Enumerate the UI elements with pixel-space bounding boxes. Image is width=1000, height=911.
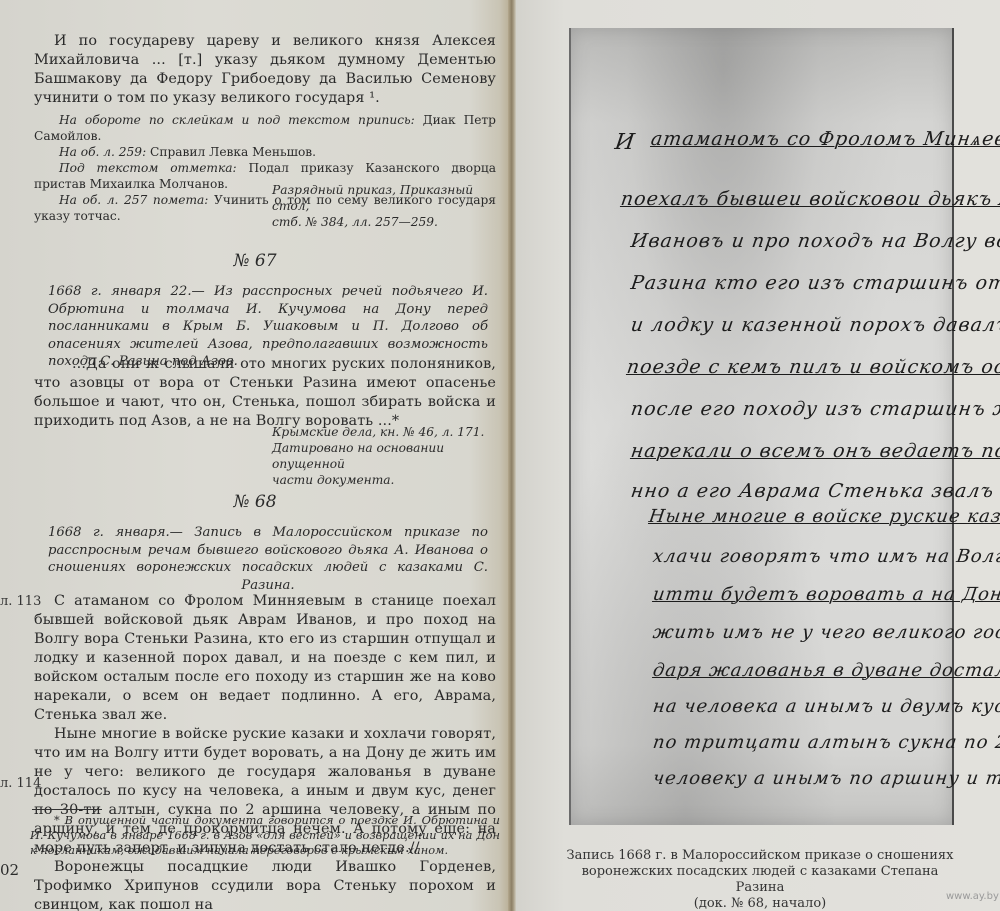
manuscript-line: Разина кто его изъ старшинъ отпущалъ xyxy=(629,272,1000,294)
manuscript-facsimile: И атаманомъ со Фроломъ Минѧевымъ въ стан… xyxy=(569,28,954,825)
manuscript-margin-letter: И xyxy=(613,130,637,155)
footnote: * В опущенной части документа говорится … xyxy=(30,813,500,858)
document-number-67: № 67 xyxy=(0,251,510,271)
source-citation-67: Крымские дела, кн. № 46, л. 171. Датиров… xyxy=(272,424,498,488)
manuscript-line: итти будетъ воровать а на Дону де xyxy=(652,584,1000,605)
watermark: www.ay.by xyxy=(946,891,999,902)
manuscript-line: нарекали о всемъ онъ ведаетъ подли xyxy=(629,440,1000,462)
manuscript-line: человеку а инымъ по аршину и тем де xyxy=(652,768,1000,789)
manuscript-line: и лодку и казенной порохъ давалъ и на xyxy=(629,314,1000,336)
note-item: На обороте по склейкам и под текстом при… xyxy=(34,112,496,144)
source-citation-1: Разрядный приказ, Приказный стол, стб. №… xyxy=(272,182,498,230)
document-body-67: ...Да они ж слышали ото многих руских по… xyxy=(34,355,496,431)
opening-paragraph: И по государеву цареву и великого князя … xyxy=(34,32,496,108)
body-paragraph: Воронежцы посадцкие люди Ивашко Горденев… xyxy=(34,858,496,911)
footnote-divider xyxy=(32,809,102,810)
manuscript-line: атаманомъ со Фроломъ Минѧевымъ въ станиц… xyxy=(649,128,1000,151)
document-number-68: № 68 xyxy=(0,492,510,512)
manuscript-line: Ныне многие в войске рускиe казаки и хо xyxy=(648,506,1000,527)
manuscript-line: жить имъ не у чего великого госу xyxy=(652,622,1000,643)
body-paragraph: С атаманом со Фролом Минняевым в станице… xyxy=(34,592,496,725)
manuscript-line: после его походу изъ старшинъ же на ково xyxy=(629,398,1000,420)
manuscript-line: хлачи говорятъ что имъ на Волгу xyxy=(652,546,1000,567)
manuscript-line: Ивановъ и про походъ на Волгу вора Стень… xyxy=(629,230,1000,252)
manuscript-line: поехалъ бывшеи войсковои дьякъ Аврамъ xyxy=(619,188,1000,210)
figure-caption: Запись 1668 г. в Малороссийском приказе … xyxy=(560,848,960,911)
book-spine xyxy=(508,0,516,911)
document-body-68: С атаманом со Фролом Минняевым в станице… xyxy=(34,592,496,911)
page-number: 02 xyxy=(0,861,19,879)
note-item: На об. л. 259: Справил Левка Меньшов. xyxy=(34,144,496,160)
manuscript-line: по тритцати алтынъ сукна по 2 аршина xyxy=(652,732,1000,753)
manuscript-line: поезде с кемъ пилъ и войскомъ осталымъ xyxy=(625,356,1000,378)
manuscript-line: нно а его Аврама Стенька звалъ же. xyxy=(629,480,1000,502)
left-page: И по государеву цареву и великого князя … xyxy=(0,0,510,911)
manuscript-line: на человека а инымъ и двумъ кусъ денегъ xyxy=(652,696,1000,717)
manuscript-line: даря жалованья в дуване досталось по кус… xyxy=(652,660,1000,681)
document-heading-68: 1668 г. января.— Запись в Малороссийском… xyxy=(48,524,488,594)
